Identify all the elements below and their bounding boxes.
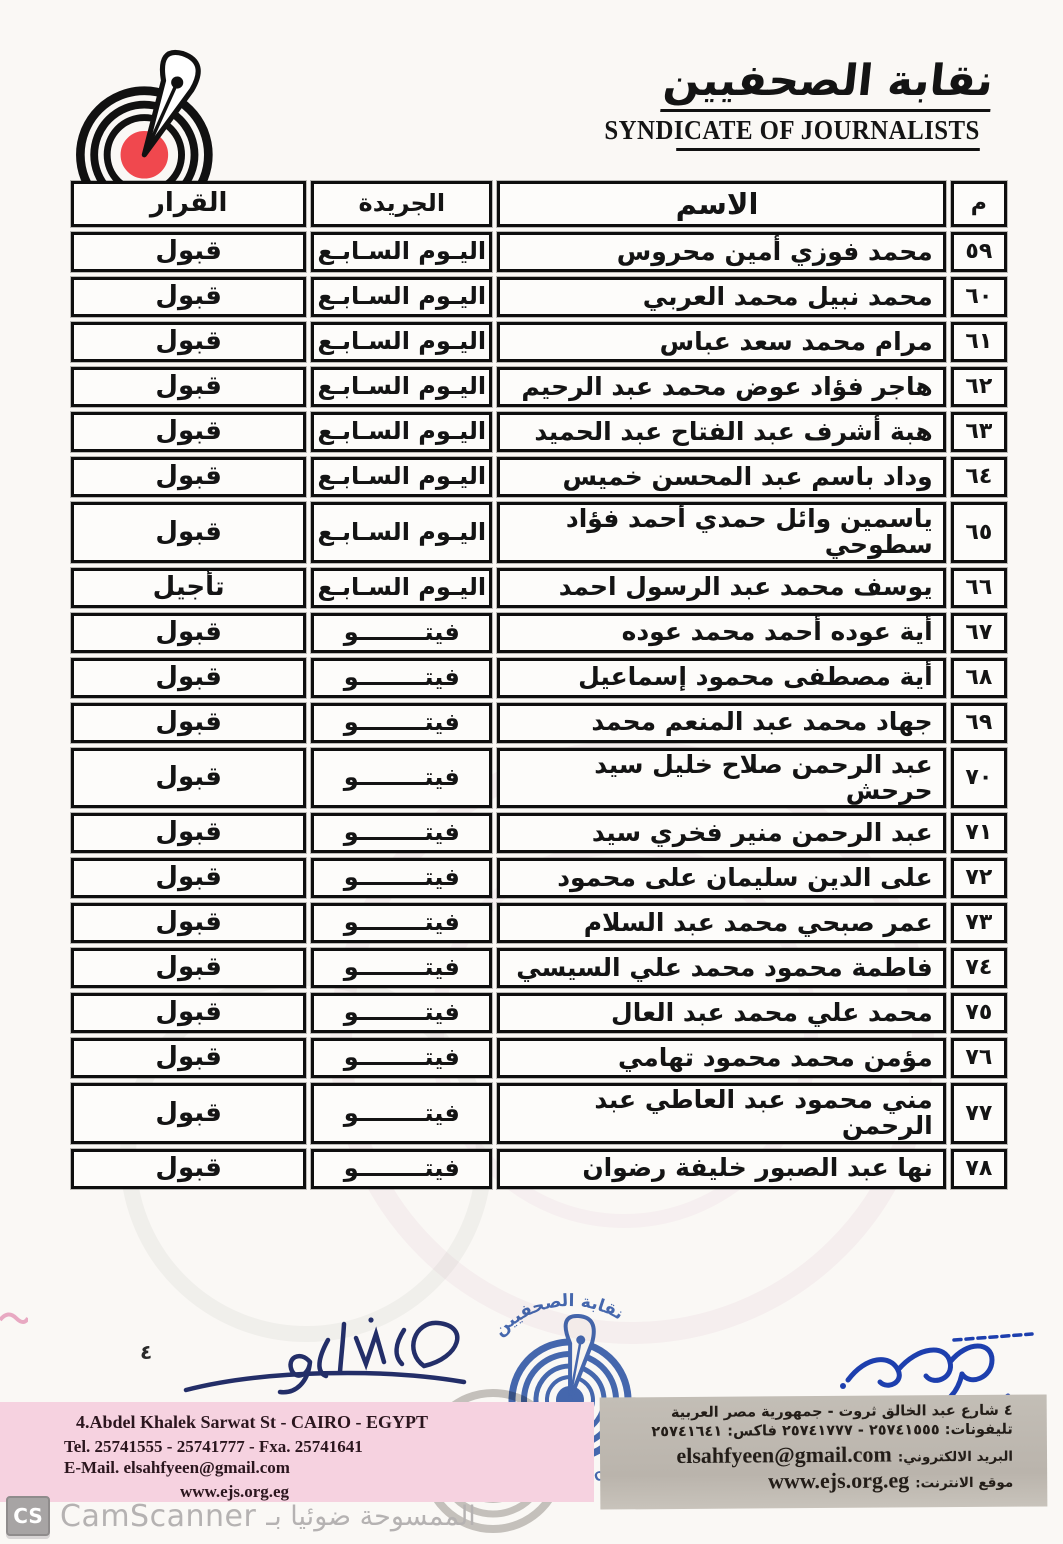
cell-decision: قبول — [71, 277, 306, 317]
column-header-newspaper: الجريدة — [311, 181, 492, 227]
cell-newspaper: فيتــــــــو — [311, 903, 492, 943]
camscanner-text-arabic: الممسوحة ضوئيا بـ — [266, 1501, 476, 1532]
cell-number: ٦٧ — [951, 613, 1007, 653]
cell-number: ٧٦ — [951, 1038, 1007, 1078]
cell-name: هبة أشرف عبد الفتاح عبد الحميد — [497, 412, 945, 452]
stamp-text-arabic: نقابة الصحفيين — [487, 1288, 630, 1342]
table-header-row: م الاسم الجريدة القرار — [71, 181, 1007, 227]
cell-number: ٦٤ — [951, 457, 1007, 497]
cell-decision: قبول — [71, 412, 306, 452]
syndicate-target-pen-logo-icon — [58, 38, 248, 198]
scanned-document-page: نقابة الصحفيين SYNDICATE OF JOURNALISTS … — [0, 0, 1063, 1544]
cell-name: فاطمة محمود محمد علي السيسي — [497, 948, 945, 988]
table-row: ٦١ مرام محمد سعد عباس اليـوم السـابـع قب… — [71, 322, 1007, 362]
cell-number: ٦٩ — [951, 703, 1007, 743]
email-label-arabic: البريد الالكتروني: — [898, 1449, 1013, 1466]
applicants-table-body: ٥٩ محمد فوزي أمين محروس اليـوم السـابـع … — [71, 232, 1007, 1189]
cell-decision: قبول — [71, 903, 306, 943]
table-row: ٦٨ أية مصطفى محمود إسماعيل فيتــــــــو … — [71, 658, 1007, 698]
website-url: www.ejs.org.eg — [768, 1467, 909, 1494]
scan-artifact-mark — [0, 1308, 28, 1328]
cell-name: عبد الرحمن صلاح خليل سيد حرحش — [497, 748, 945, 809]
footer-contacts-arabic: ٤ شارع عبد الخالق ثروت - جمهورية مصر الع… — [600, 1394, 1048, 1509]
table-row: ٦٣ هبة أشرف عبد الفتاح عبد الحميد اليـوم… — [71, 412, 1007, 452]
table-row: ٦٤ وداد باسم عبد المحسن خميس اليـوم السـ… — [71, 457, 1007, 497]
table-row: ٦٦ يوسف محمد عبد الرسول احمد اليـوم السـ… — [71, 568, 1007, 608]
cell-newspaper: اليـوم السـابـع — [311, 367, 492, 407]
table-row: ٧٤ فاطمة محمود محمد علي السيسي فيتــــــ… — [71, 948, 1007, 988]
cell-decision: قبول — [71, 703, 306, 743]
cell-number: ٧٨ — [951, 1149, 1007, 1189]
table-row: ٧٧ مني محمود عبد العاطي عبد الرحمن فيتــ… — [71, 1083, 1007, 1144]
cell-number: ٦١ — [951, 322, 1007, 362]
table-row: ٧٠ عبد الرحمن صلاح خليل سيد حرحش فيتــــ… — [71, 748, 1007, 809]
cell-number: ٦٨ — [951, 658, 1007, 698]
email-english: E-Mail. elsahfyeen@gmail.com — [64, 1458, 594, 1478]
cell-name: عبد الرحمن منير فخري سيد — [497, 813, 945, 853]
cell-decision: قبول — [71, 748, 306, 809]
phone-fax-english: Tel. 25741555 - 25741777 - Fxa. 25741641 — [64, 1437, 594, 1457]
cell-name: وداد باسم عبد المحسن خميس — [497, 457, 945, 497]
camscanner-brand: CamScanner — [60, 1499, 256, 1534]
table-row: ٧١ عبد الرحمن منير فخري سيد فيتــــــــو… — [71, 813, 1007, 853]
cell-decision: قبول — [71, 858, 306, 898]
column-header-number: م — [951, 181, 1007, 227]
cell-newspaper: فيتــــــــو — [311, 993, 492, 1033]
table-row: ٧٥ محمد علي محمد عبد العال فيتــــــــو … — [71, 993, 1007, 1033]
cell-number: ٥٩ — [951, 232, 1007, 272]
cell-decision: قبول — [71, 232, 306, 272]
cell-name: نها عبد الصبور خليفة رضوان — [497, 1149, 945, 1189]
table-row: ٦٠ محمد نبيل محمد العربي اليـوم السـابـع… — [71, 277, 1007, 317]
cell-number: ٦٠ — [951, 277, 1007, 317]
cell-newspaper: فيتــــــــو — [311, 613, 492, 653]
cell-decision: قبول — [71, 502, 306, 563]
address-english: 4.Abdel Khalek Sarwat St - CAIRO - EGYPT — [76, 1412, 594, 1433]
cell-number: ٧٣ — [951, 903, 1007, 943]
cell-newspaper: فيتــــــــو — [311, 1038, 492, 1078]
svg-text:نقابة الصحفيين: نقابة الصحفيين — [487, 1288, 630, 1342]
table-row: ٧٦ مؤمن محمد محمود تهامي فيتــــــــو قب… — [71, 1038, 1007, 1078]
table-row: ٦٩ جهاد محمد عبد المنعم محمد فيتــــــــ… — [71, 703, 1007, 743]
cell-name: مؤمن محمد محمود تهامي — [497, 1038, 945, 1078]
org-name-english: SYNDICATE OF JOURNALISTS — [676, 112, 980, 151]
cell-number: ٦٦ — [951, 568, 1007, 608]
cell-decision: تأجيل — [71, 568, 306, 608]
camscanner-icon: CS — [6, 1496, 50, 1536]
cell-name: مرام محمد سعد عباس — [497, 322, 945, 362]
cell-name: ياسمين وائل حمدي أحمد فؤاد سطوحي — [497, 502, 945, 563]
cell-name: يوسف محمد عبد الرسول احمد — [497, 568, 945, 608]
table-row: ٥٩ محمد فوزي أمين محروس اليـوم السـابـع … — [71, 232, 1007, 272]
cell-newspaper: اليـوم السـابـع — [311, 457, 492, 497]
cell-decision: قبول — [71, 993, 306, 1033]
cell-name: محمد علي محمد عبد العال — [497, 993, 945, 1033]
cell-number: ٦٣ — [951, 412, 1007, 452]
table-row: ٦٥ ياسمين وائل حمدي أحمد فؤاد سطوحي اليـ… — [71, 502, 1007, 563]
cell-decision: قبول — [71, 613, 306, 653]
table-row: ٦٢ هاجر فؤاد عوض محمد عبد الرحيم اليـوم … — [71, 367, 1007, 407]
footer-contacts-english: 4.Abdel Khalek Sarwat St - CAIRO - EGYPT… — [0, 1402, 594, 1502]
cell-number: ٧٧ — [951, 1083, 1007, 1144]
cell-newspaper: فيتــــــــو — [311, 858, 492, 898]
cell-decision: قبول — [71, 1038, 306, 1078]
cell-name: محمد نبيل محمد العربي — [497, 277, 945, 317]
cell-decision: قبول — [71, 1083, 306, 1144]
cell-newspaper: اليـوم السـابـع — [311, 322, 492, 362]
cell-name: أية مصطفى محمود إسماعيل — [497, 658, 945, 698]
table-row: ٧٣ عمر صبحي محمد عبد السلام فيتــــــــو… — [71, 903, 1007, 943]
org-name-arabic: نقابة الصحفيين — [660, 58, 996, 112]
cell-name: جهاد محمد عبد المنعم محمد — [497, 703, 945, 743]
cell-newspaper: اليـوم السـابـع — [311, 412, 492, 452]
cell-number: ٧٢ — [951, 858, 1007, 898]
cell-number: ٧٠ — [951, 748, 1007, 809]
cell-newspaper: فيتــــــــو — [311, 703, 492, 743]
cell-number: ٦٥ — [951, 502, 1007, 563]
table-row: ٧٢ على الدين سليمان على محمود فيتـــــــ… — [71, 858, 1007, 898]
cell-newspaper: اليـوم السـابـع — [311, 277, 492, 317]
org-header: نقابة الصحفيين SYNDICATE OF JOURNALISTS — [663, 58, 993, 151]
cell-decision: قبول — [71, 1149, 306, 1189]
cell-number: ٧٥ — [951, 993, 1007, 1033]
cell-newspaper: فيتــــــــو — [311, 658, 492, 698]
page-number: ٤ — [140, 1340, 152, 1364]
cell-name: عمر صبحي محمد عبد السلام — [497, 903, 945, 943]
cell-newspaper: فيتــــــــو — [311, 1083, 492, 1144]
cell-newspaper: فيتــــــــو — [311, 813, 492, 853]
website-label-arabic: موقع الانترنت: — [915, 1475, 1013, 1492]
camscanner-watermark: CS CamScanner الممسوحة ضوئيا بـ — [6, 1496, 476, 1536]
cell-newspaper: اليـوم السـابـع — [311, 568, 492, 608]
cell-number: ٧١ — [951, 813, 1007, 853]
cell-name: أية عوده أحمد محمد عوده — [497, 613, 945, 653]
cell-newspaper: فيتــــــــو — [311, 948, 492, 988]
cell-newspaper: اليـوم السـابـع — [311, 232, 492, 272]
cell-newspaper: اليـوم السـابـع — [311, 502, 492, 563]
cell-decision: قبول — [71, 948, 306, 988]
cell-newspaper: فيتــــــــو — [311, 748, 492, 809]
cell-newspaper: فيتــــــــو — [311, 1149, 492, 1189]
cell-name: على الدين سليمان على محمود — [497, 858, 945, 898]
cell-number: ٦٢ — [951, 367, 1007, 407]
cell-name: هاجر فؤاد عوض محمد عبد الرحيم — [497, 367, 945, 407]
cell-decision: قبول — [71, 813, 306, 853]
applicants-table: م الاسم الجريدة القرار ٥٩ محمد فوزي أمين… — [66, 176, 1012, 1194]
cell-decision: قبول — [71, 322, 306, 362]
column-header-decision: القرار — [71, 181, 306, 227]
email-address: elsahfyeen@gmail.com — [676, 1442, 892, 1470]
cell-name: محمد فوزي أمين محروس — [497, 232, 945, 272]
cell-name: مني محمود عبد العاطي عبد الرحمن — [497, 1083, 945, 1144]
table-row: ٧٨ نها عبد الصبور خليفة رضوان فيتـــــــ… — [71, 1149, 1007, 1189]
phones-arabic: تليفونات: ٢٥٧٤١٥٥٥ - ٢٥٧٤١٧٧٧ فاكس: ٢٥٧٤… — [610, 1422, 1013, 1441]
column-header-name: الاسم — [497, 181, 945, 227]
table-row: ٦٧ أية عوده أحمد محمد عوده فيتــــــــو … — [71, 613, 1007, 653]
cell-decision: قبول — [71, 457, 306, 497]
cell-number: ٧٤ — [951, 948, 1007, 988]
cell-decision: قبول — [71, 658, 306, 698]
cell-decision: قبول — [71, 367, 306, 407]
address-arabic: ٤ شارع عبد الخالق ثروت - جمهورية مصر الع… — [610, 1403, 1013, 1422]
